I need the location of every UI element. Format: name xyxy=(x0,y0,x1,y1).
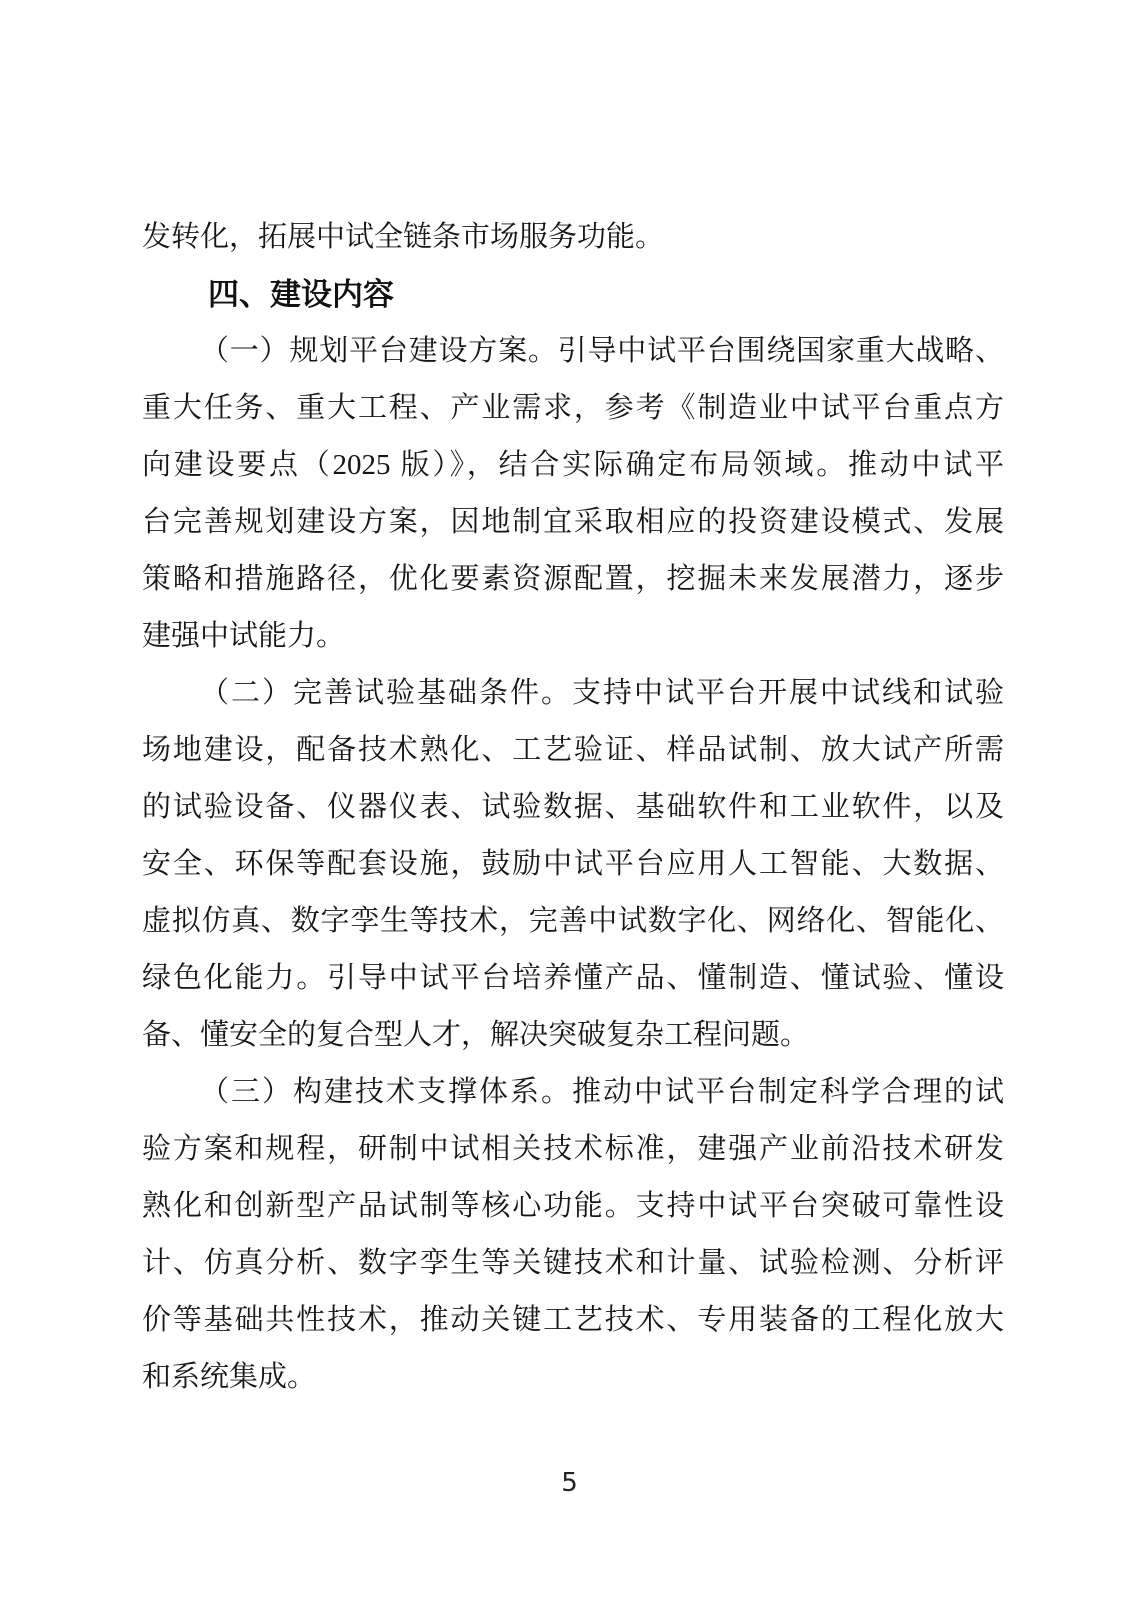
document-line: 向建设要点（2025 版）》，结合实际确定布局领域。推动中试平 xyxy=(142,437,1004,494)
document-line: 备、懂安全的复合型人才，解决突破复杂工程问题。 xyxy=(142,1007,1004,1064)
document-line: 策略和措施路径，优化要素资源配置，挖掘未来发展潜力，逐步 xyxy=(142,551,1004,608)
document-line: 绿色化能力。引导中试平台培养懂产品、懂制造、懂试验、懂设 xyxy=(142,950,1004,1007)
document-line: 验方案和规程，研制中试相关技术标准，建强产业前沿技术研发 xyxy=(142,1121,1004,1178)
document-line: （二）完善试验基础条件。支持中试平台开展中试线和试验 xyxy=(142,665,1004,722)
document-line: 场地建设，配备技术熟化、工艺验证、样品试制、放大试产所需 xyxy=(142,722,1004,779)
document-page: 发转化，拓展中试全链条市场服务功能。四、建设内容（一）规划平台建设方案。引导中试… xyxy=(0,0,1139,1612)
document-body: 发转化，拓展中试全链条市场服务功能。四、建设内容（一）规划平台建设方案。引导中试… xyxy=(142,209,1004,1406)
document-line: 价等基础共性技术，推动关键工艺技术、专用装备的工程化放大 xyxy=(142,1292,1004,1349)
document-line: 和系统集成。 xyxy=(142,1349,1004,1406)
document-line: 发转化，拓展中试全链条市场服务功能。 xyxy=(142,209,1004,266)
document-line: 建强中试能力。 xyxy=(142,608,1004,665)
document-line: 重大任务、重大工程、产业需求，参考《制造业中试平台重点方 xyxy=(142,380,1004,437)
document-line: 的试验设备、仪器仪表、试验数据、基础软件和工业软件，以及 xyxy=(142,779,1004,836)
document-line: （一）规划平台建设方案。引导中试平台围绕国家重大战略、 xyxy=(142,323,1004,380)
document-line: 虚拟仿真、数字孪生等技术，完善中试数字化、网络化、智能化、 xyxy=(142,893,1004,950)
section-heading: 四、建设内容 xyxy=(142,266,1004,323)
document-line: 熟化和创新型产品试制等核心功能。支持中试平台突破可靠性设 xyxy=(142,1178,1004,1235)
document-line: 安全、环保等配套设施，鼓励中试平台应用人工智能、大数据、 xyxy=(142,836,1004,893)
document-line: 台完善规划建设方案，因地制宜采取相应的投资建设模式、发展 xyxy=(142,494,1004,551)
document-line: 计、仿真分析、数字孪生等关键技术和计量、试验检测、分析评 xyxy=(142,1235,1004,1292)
document-line: （三）构建技术支撑体系。推动中试平台制定科学合理的试 xyxy=(142,1064,1004,1121)
page-number: 5 xyxy=(0,1468,1139,1498)
